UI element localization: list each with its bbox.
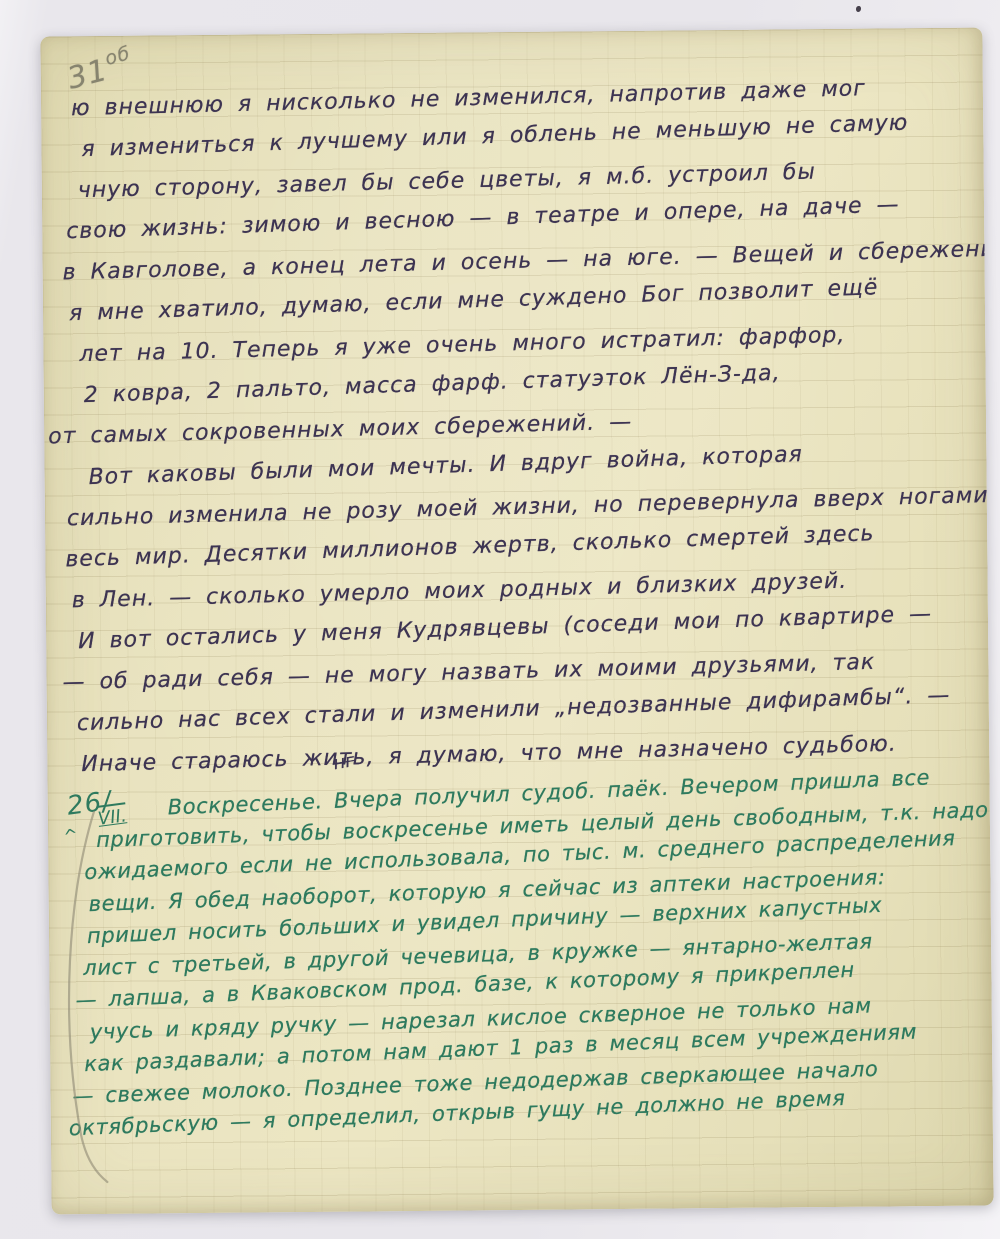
scan-background: 31об ю внешнюю я нисколько не изменился,… [0,0,1000,1239]
diary-entry-july-earlier: ю внешнюю я нисколько не изменился, напр… [71,79,994,785]
diary-entry-26-july: Воскресенье. Вчера получил судоб. паёк. … [82,783,992,1144]
manuscript-page: 31об ю внешнюю я нисколько не изменился,… [40,28,993,1215]
scan-speck [856,6,861,12]
margin-bracket-pencil-line [50,808,124,1199]
folio-suffix: об [103,42,133,70]
struck-insertion-mark: нг [332,750,356,774]
